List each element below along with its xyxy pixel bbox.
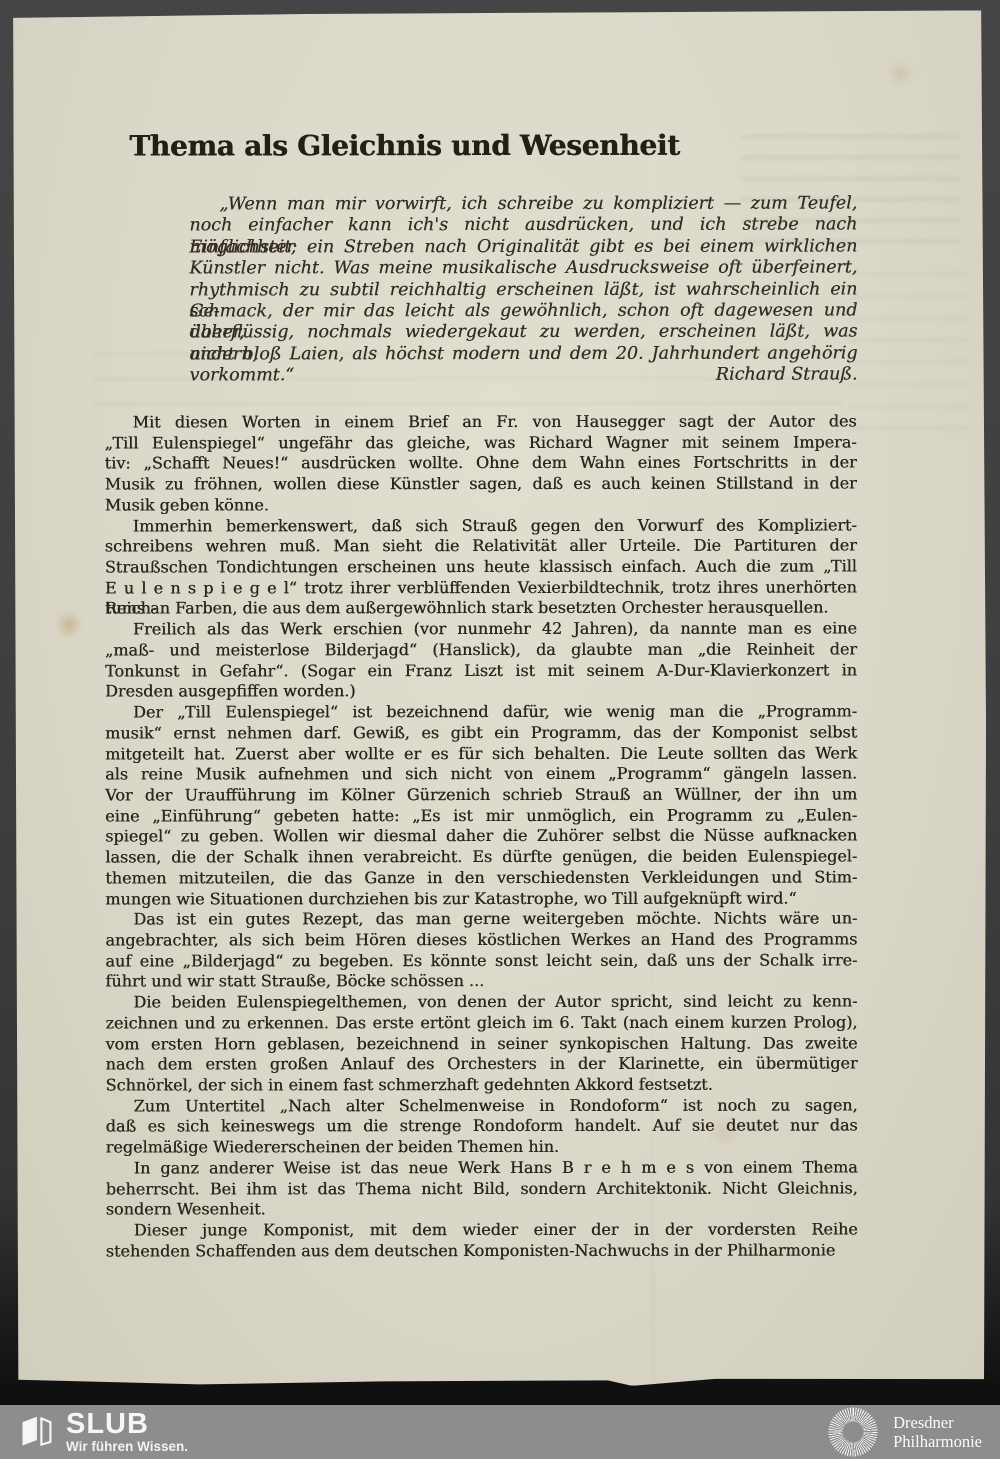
- text-line: Vor der Uraufführung im Kölner Gürzenich…: [105, 784, 857, 806]
- text-line: „maß- und meisterlose Bilderjagd“ (Hansl…: [105, 639, 857, 661]
- quote-line: Künstler nicht. Was meine musikalische A…: [189, 258, 857, 280]
- quote-line: „Wenn man mir vorwirft, ich schreibe zu …: [189, 194, 857, 216]
- text-line: stehenden Schaffenden aus dem deutschen …: [106, 1240, 858, 1262]
- philharmonie-sunburst-icon: [827, 1406, 879, 1458]
- philharmonie-branding: Dresdner Philharmonie: [827, 1406, 982, 1458]
- philharmonie-name-line1: Dresdner: [893, 1413, 982, 1432]
- text-line: Schnörkel, der sich in einem fast schmer…: [106, 1075, 858, 1097]
- text-line: Musik geben könne.: [105, 494, 857, 516]
- paragraph: Das ist ein gutes Rezept, das man gerne …: [105, 909, 857, 993]
- text-line: Immerhin bemerkenswert, daß sich Strauß …: [105, 515, 857, 537]
- quote-line: Einfachheit; ein Streben nach Originalit…: [189, 236, 857, 258]
- text-line: lassen, die der Schalk ihnen verabreicht…: [105, 847, 857, 869]
- quote-closing-line: vorkommt.“Richard Strauß.: [190, 365, 858, 387]
- quote-closing: vorkommt.“: [190, 365, 295, 387]
- text-line: eine „Einführung“ gebeten hatte: „Es ist…: [105, 805, 857, 827]
- text-line: daß es sich keineswegs um die strenge Ro…: [106, 1116, 858, 1138]
- slub-tagline: Wir führen Wissen.: [66, 1439, 188, 1454]
- quote-block: „Wenn man mir vorwirft, ich schreibe zu …: [189, 194, 857, 387]
- text-line: musik“ ernst nehmen darf. Gewiß, es gibt…: [105, 722, 857, 744]
- viewer-footer: SLUB Wir führen Wissen. Dresdner Philhar…: [0, 1405, 1000, 1459]
- text-line: Zum Untertitel „Nach alter Schelmenweise…: [106, 1095, 858, 1117]
- paragraph: Der „Till Eulenspiegel“ ist bezeichnend …: [105, 702, 857, 910]
- text-line: beherrscht. Bei ihm ist das Thema nicht …: [106, 1178, 858, 1200]
- text-line: vom ersten Horn geblasen, bezeichnend in…: [105, 1033, 857, 1055]
- text-line: mitgeteilt hat. Zuerst aber wollte er es…: [105, 743, 857, 765]
- scan-viewport: Thema als Gleichnis und Wesenheit „Wenn …: [0, 0, 1000, 1459]
- text-line: führt und wir statt Strauße, Böcke schös…: [105, 971, 857, 993]
- text-line: Musik zu fröhnen, wollen diese Künstler …: [105, 474, 857, 496]
- slub-branding: SLUB Wir führen Wissen.: [18, 1411, 188, 1454]
- text-line: nach dem ersten großen Anlauf des Orches…: [105, 1054, 857, 1076]
- page-title: Thema als Gleichnis und Wesenheit: [129, 129, 680, 163]
- slub-book-icon: [18, 1413, 54, 1451]
- text-line: In ganz anderer Weise ist das neue Werk …: [106, 1157, 858, 1179]
- text-line: „Till Eulenspiegel“ ungefähr das gleiche…: [105, 432, 857, 454]
- text-line: Mit diesen Worten in einem Brief an Fr. …: [105, 412, 857, 434]
- text-line: Die beiden Eulenspiegelthemen, von denen…: [105, 992, 857, 1014]
- text-line: schreibens wehren muß. Man sieht die Rel…: [105, 536, 857, 558]
- text-line: Dresden ausgepfiffen worden.): [105, 681, 857, 703]
- text-line: sondern Wesenheit.: [106, 1199, 858, 1221]
- scanned-page: Thema als Gleichnis und Wesenheit „Wenn …: [13, 10, 987, 1386]
- text-line: Freilich als das Werk erschien (vor nunm…: [105, 619, 857, 641]
- quote-line: nicht bloß Laien, als höchst modern und …: [190, 343, 858, 365]
- quote-line: noch einfacher kann ich's nicht ausdrück…: [189, 215, 857, 237]
- paragraph: Die beiden Eulenspiegelthemen, von denen…: [105, 992, 857, 1097]
- text-line: tiv: „Schafft Neues!“ ausdrücken wollte.…: [105, 453, 857, 475]
- text-line: tums an Farben, die aus dem außergewöhnl…: [105, 598, 857, 620]
- slub-wordmark: SLUB: [66, 1411, 188, 1437]
- paragraph: Zum Untertitel „Nach alter Schelmenweise…: [106, 1095, 858, 1158]
- text-line: spiegel“ zu geben. Wollen wir diesmal da…: [105, 826, 857, 848]
- text-line: Straußschen Tondichtungen erscheinen uns…: [105, 557, 857, 579]
- paragraph: In ganz anderer Weise ist das neue Werk …: [106, 1157, 858, 1220]
- paragraph: Immerhin bemerkenswert, daß sich Strauß …: [105, 515, 857, 620]
- text-line: Das ist ein gutes Rezept, das man gerne …: [105, 909, 857, 931]
- paragraph: Dieser junge Komponist, mit dem wieder e…: [106, 1220, 858, 1262]
- paragraph: Mit diesen Worten in einem Brief an Fr. …: [105, 412, 857, 517]
- text-line: E u l e n s p i e g e l“ trotz ihrer ver…: [105, 577, 857, 599]
- text-line: mungen wie Situationen durchziehen bis z…: [105, 888, 857, 910]
- text-line: Tonkunst in Gefahr“. (Sogar ein Franz Li…: [105, 660, 857, 682]
- paragraph: Freilich als das Werk erschien (vor nunm…: [105, 619, 857, 703]
- show-through-artifact: [849, 260, 969, 430]
- text-line: als reine Musik aufnehmen und sich nicht…: [105, 764, 857, 786]
- text-line: zeichnen und zu erkennen. Das erste ertö…: [105, 1012, 857, 1034]
- text-line: themen mitzuteilen, die das Ganze in den…: [105, 867, 857, 889]
- paper-stain: [56, 610, 82, 640]
- text-line: angebrachter, als sich beim Hören dieses…: [105, 929, 857, 951]
- quote-line: rhythmisch zu subtil reichhaltig erschei…: [189, 279, 857, 301]
- text-line: Dieser junge Komponist, mit dem wieder e…: [106, 1220, 858, 1242]
- text-line: regelmäßige Wiedererscheinen der beiden …: [106, 1137, 858, 1159]
- text-line: auf eine „Bilderjagd“ zu begeben. Es kön…: [105, 950, 857, 972]
- philharmonie-name-line2: Philharmonie: [893, 1432, 982, 1451]
- text-line: Der „Till Eulenspiegel“ ist bezeichnend …: [105, 702, 857, 724]
- quote-line: überflüssig, nochmals wiedergekaut zu we…: [189, 322, 857, 344]
- body-text: Mit diesen Worten in einem Brief an Fr. …: [105, 412, 858, 1263]
- paper-stain: [885, 62, 915, 84]
- quote-line: schmack, der mir das leicht als gewöhnli…: [189, 300, 857, 322]
- quote-attribution: Richard Strauß.: [716, 365, 858, 387]
